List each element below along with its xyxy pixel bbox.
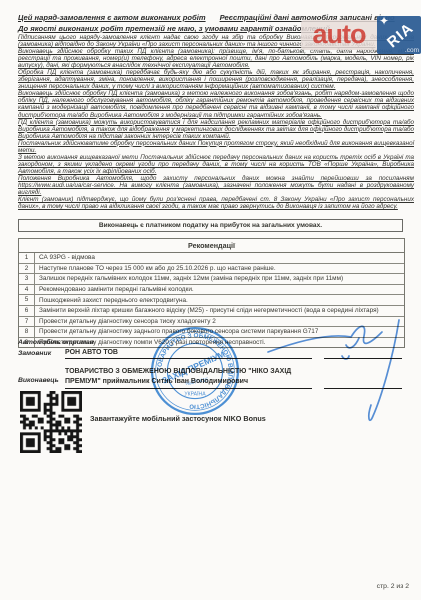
legal-paragraph: З метою виконання вищевказаної мети Пост…	[18, 154, 414, 175]
row-number: 2	[19, 264, 35, 274]
service-order-document: Цей наряд-замовлення є актом виконаних р…	[0, 0, 421, 600]
legal-paragraph: Положення Виробника Автомобіля, щодо зах…	[18, 175, 414, 196]
customer-label: Замовник	[18, 350, 51, 357]
row-number: 6	[19, 306, 35, 316]
row-text: Пошкоджений захист переднього електродви…	[35, 297, 188, 304]
star-icon: ✦	[379, 14, 389, 28]
row-text: Залишок передніх гальмівних колодок 11мм…	[35, 275, 343, 282]
contractor-label: Виконавець	[18, 377, 59, 384]
row-number: 1	[19, 253, 35, 263]
table-row: 3Залишок передніх гальмівних колодок 11м…	[19, 274, 404, 285]
recommendations-title: Рекомендації	[19, 239, 404, 253]
tax-notice-box: Виконавець є платником податку на прибут…	[18, 219, 403, 232]
table-row: 4Рекомендовано замінити передні гальмівн…	[19, 285, 404, 296]
legal-paragraph: ПД клієнта (замовника) можуть використов…	[18, 119, 414, 140]
stamp-country: УКРАЇНА	[184, 391, 206, 398]
table-row: 1СА 93PG - відмова	[19, 253, 404, 264]
row-text: СА 93PG - відмова	[35, 254, 95, 261]
autoria-logo-auto-text: auto	[301, 20, 377, 50]
row-number: 7	[19, 317, 35, 327]
autoria-logo: auto ✦ RIA .com	[301, 16, 421, 54]
row-text: Замінити верхній ліхтар кришки багажного…	[35, 307, 379, 314]
row-number: 5	[19, 295, 35, 305]
header-work-act-statement: Цей наряд-замовлення є актом виконаних р…	[18, 12, 206, 23]
table-row: 6Замінити верхній ліхтар кришки багажног…	[19, 306, 404, 317]
qr-code	[20, 391, 82, 453]
row-text: Рекомендовано замінити передні гальмівні…	[35, 286, 194, 293]
legal-paragraph: Постачальник здійснюватиме обробку персо…	[18, 140, 414, 154]
table-row: 2Наступне планове ТО через 15 000 км або…	[19, 264, 404, 275]
row-text: Провести детальну діагностику сенсора ти…	[35, 318, 216, 325]
header-quality-statement: До якості виконаних робіт претензій не м…	[18, 23, 330, 34]
page-number: стр. 2 из 2	[377, 583, 409, 590]
legal-paragraph: Виконавець здійснює обробку ПД клієнта (…	[18, 90, 414, 118]
legal-paragraph: Клієнт (замовник) підтверджує, що йому б…	[18, 196, 414, 210]
company-stamp: ТОВАРИСТВО З ОБМЕЖЕНОЮ ВІДПОВІДАЛЬНІСТЮ …	[149, 325, 241, 417]
row-text: Наступне планове ТО через 15 000 км або …	[35, 265, 276, 272]
autoria-logo-ria-box: ✦ RIA .com	[377, 16, 421, 54]
handwritten-signature	[258, 316, 420, 442]
legal-consent-text: Підписанням цього наряду-замовлення кліє…	[18, 34, 414, 210]
row-number: 8	[19, 327, 35, 337]
stamp-number: №370415	[185, 377, 209, 387]
row-number: 4	[19, 285, 35, 295]
row-number: 3	[19, 274, 35, 284]
legal-paragraph: Обробка ПД клієнта (замовника) передбача…	[18, 69, 414, 90]
table-row: 5Пошкоджений захист переднього електродв…	[19, 295, 404, 306]
autoria-logo-tld: .com	[405, 47, 419, 54]
vehicle-received-label: Автомобіль отримав	[18, 339, 94, 346]
